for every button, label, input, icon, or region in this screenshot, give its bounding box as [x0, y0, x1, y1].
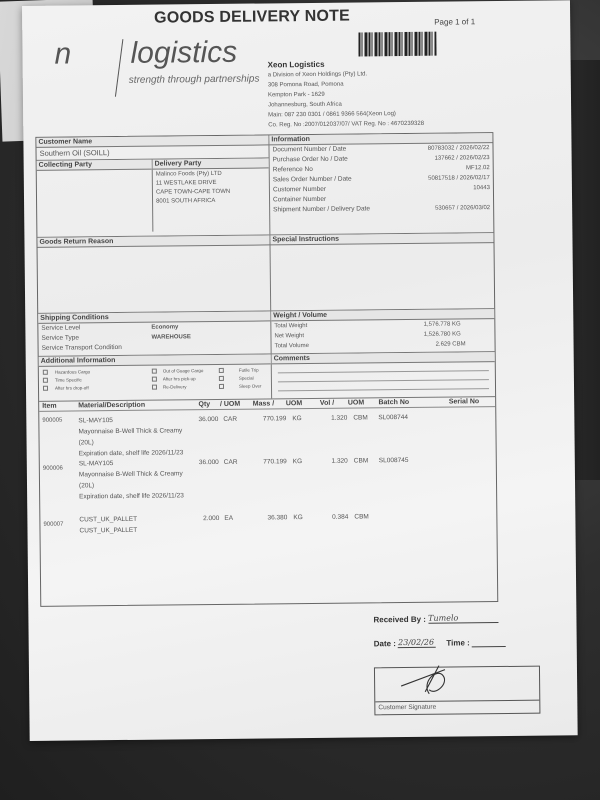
col-uom: / UOM	[210, 401, 240, 408]
time-specific-checkbox[interactable]	[43, 378, 48, 383]
collecting-party: Collecting Party	[37, 160, 154, 233]
option-label: After hrs pick-up	[163, 376, 219, 382]
sleep-over-checkbox[interactable]	[219, 384, 224, 389]
company-line: Co. Reg. No :2007/012037/07/ VAT Reg. No…	[268, 119, 424, 131]
table-row: 900007 CUST_UK_PALLET CUST_UK_PALLET 2.0…	[43, 510, 493, 539]
comments: Comments	[272, 352, 495, 398]
hazardous-cargo-checkbox[interactable]	[43, 370, 48, 375]
out-of-gauge-checkbox[interactable]	[152, 369, 157, 374]
futile-trip-checkbox[interactable]	[219, 368, 224, 373]
logo-tagline: strength through partnerships	[129, 74, 260, 86]
date-field[interactable]: 23/02/26	[398, 638, 436, 648]
items-table: Item Material/Description Qty / UOM Mass…	[39, 396, 497, 606]
comment-line	[278, 380, 489, 391]
customer-section: Customer Name Southern Oil (SOILL) Colle…	[36, 135, 270, 236]
after-hrs-dropoff-checkbox[interactable]	[43, 386, 48, 391]
delivery-form: Customer Name Southern Oil (SOILL) Colle…	[35, 132, 498, 607]
after-hrs-pickup-checkbox[interactable]	[152, 377, 157, 382]
re-delivery-checkbox[interactable]	[152, 385, 157, 390]
col-batch: Batch No	[364, 399, 409, 406]
special-checkbox[interactable]	[219, 376, 224, 381]
page-number: Page 1 of 1	[434, 17, 475, 26]
col-serial: Serial No	[409, 398, 479, 406]
goods-delivery-note: GOODS DELIVERY NOTE Page 1 of 1 n logist…	[22, 0, 578, 741]
date-label: Date :	[374, 639, 396, 648]
option-label: Re-Delivery	[163, 384, 219, 390]
received-by-field[interactable]: Tumelo	[428, 613, 498, 624]
option-label: Time Specific	[55, 377, 115, 383]
received-by-row: Received By : Tumelo	[373, 612, 553, 624]
document-title: GOODS DELIVERY NOTE	[154, 8, 350, 28]
received-by-label: Received By :	[373, 615, 426, 625]
info-shipment-number: Shipment Number / Delivery Date530657 / …	[270, 203, 493, 215]
table-row: 900005 SL-MAY105 Mayonnaise B-Well Thick…	[42, 411, 492, 460]
logo-divider	[115, 39, 123, 97]
col-material: Material/Description	[78, 401, 188, 409]
goods-return-reason: Goods Return Reason	[37, 235, 271, 312]
items-header: Item Material/Description Qty / UOM Mass…	[39, 397, 495, 412]
col-item: Item	[42, 402, 78, 409]
delivery-party: Delivery Party Malinco Foods (Pty) LTD 1…	[153, 158, 270, 231]
special-instructions: Special Instructions	[270, 233, 494, 310]
barcode	[358, 32, 436, 57]
transport-condition-row: Service Transport Condition	[39, 341, 271, 353]
time-label: Time :	[446, 638, 470, 647]
option-label: Out of Guage Cargo	[163, 368, 219, 374]
signoff-section: Received By : Tumelo Date : 23/02/26 Tim…	[373, 612, 553, 648]
table-row: 900006 SL-MAY105 Mayonnaise B-Well Thick…	[43, 454, 493, 503]
signature-box[interactable]: Customer Signature	[374, 666, 540, 716]
special-instructions-label: Special Instructions	[270, 233, 493, 245]
shipping-conditions: Shipping Conditions Service LevelEconomy…	[38, 311, 271, 355]
weight-volume: Weight / Volume Total Weight1,576.778 KG…	[271, 309, 494, 353]
goods-return-reason-label: Goods Return Reason	[37, 235, 269, 247]
delivery-party-line: 8001 SOUTH AFRICA	[156, 196, 266, 206]
customer-signature-label: Customer Signature	[375, 700, 539, 715]
date-time-row: Date : 23/02/26 Time :	[374, 636, 554, 648]
logo-partial-text: n	[54, 37, 71, 71]
col-vol: Vol /	[302, 400, 334, 407]
time-field[interactable]	[472, 646, 506, 647]
col-qty: Qty	[188, 401, 210, 408]
col-mass: Mass /	[240, 400, 274, 407]
additional-information: Additional Information Hazardous Cargo O…	[39, 354, 272, 400]
collecting-party-label: Collecting Party	[37, 160, 152, 171]
information-section: Information Document Number / Date807830…	[269, 133, 493, 234]
col-vol-uom: UOM	[334, 399, 364, 406]
total-volume-row: Total Volume2.629 CBM	[272, 339, 495, 351]
option-label: After hrs drop-off	[55, 385, 115, 391]
logo-word: logistics	[130, 36, 237, 71]
col-mass-uom: UOM	[274, 400, 302, 407]
option-label: Hazardous Cargo	[55, 369, 115, 375]
signature-scribble	[399, 661, 469, 696]
company-address: Xeon Logistics a Division of Xeon Holdin…	[268, 58, 425, 131]
